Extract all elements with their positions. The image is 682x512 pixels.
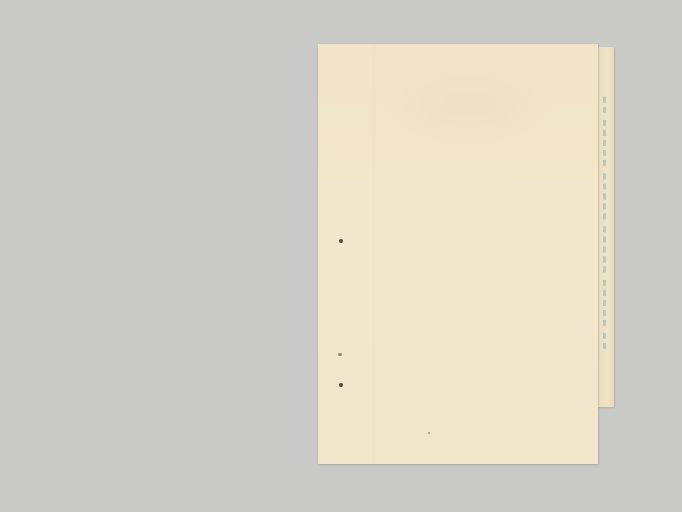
- punch-mark-2: [338, 353, 342, 356]
- punch-mark-3: [339, 383, 343, 387]
- faint-bleed-through-text: ▮▮ ▮▮▮▮▮ ▮▮▮▮▮ ▮▮▮▮▮ ▮▮▮▮▮ ▮▮▮▮▮ ▮▮▮▮ ▮▮…: [600, 95, 609, 350]
- speck: [428, 432, 430, 434]
- paper-page: [318, 44, 598, 464]
- punch-mark-1: [339, 239, 343, 243]
- paper-fold-shading: [318, 44, 598, 464]
- back-sheet-edge: ▮▮ ▮▮▮▮▮ ▮▮▮▮▮ ▮▮▮▮▮ ▮▮▮▮▮ ▮▮▮▮▮ ▮▮▮▮ ▮▮…: [597, 47, 614, 407]
